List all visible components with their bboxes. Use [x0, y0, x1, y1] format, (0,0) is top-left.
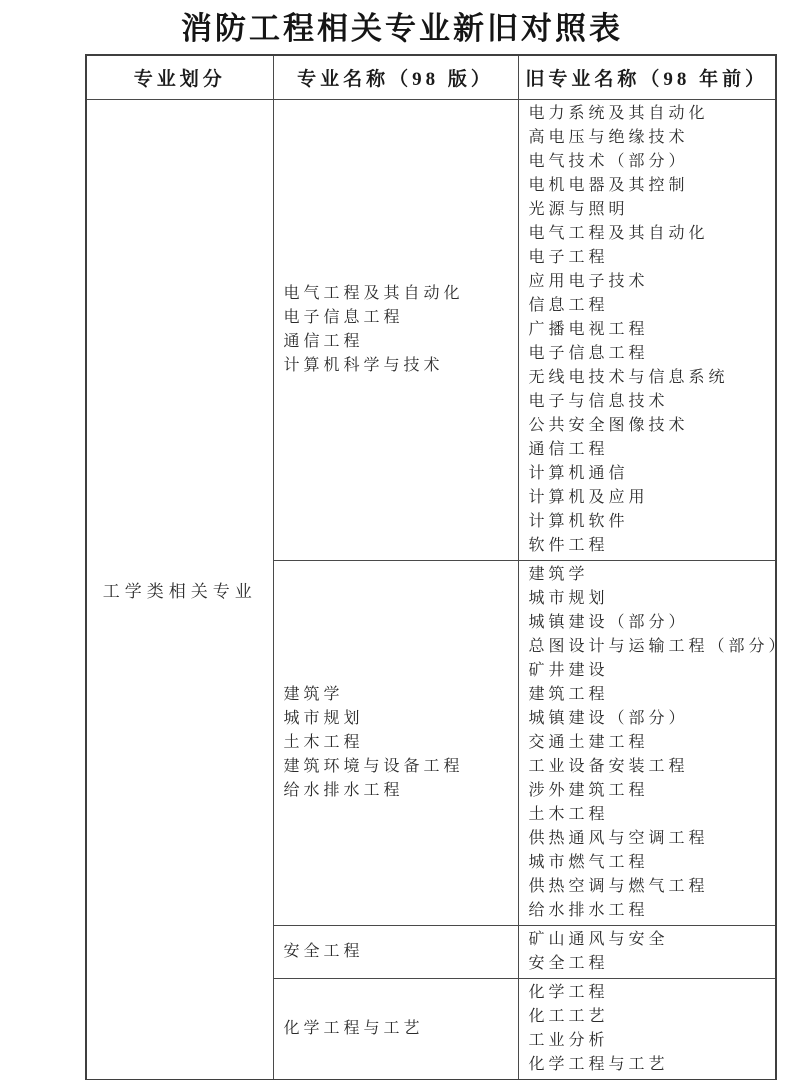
old-major-name: 电子工程 — [519, 246, 776, 270]
old-major-name: 工业分析 — [519, 1029, 776, 1053]
old-major-name: 软件工程 — [519, 534, 776, 558]
old-major-name: 广播电视工程 — [519, 318, 776, 342]
old-major-name: 供热通风与空调工程 — [519, 827, 776, 851]
new-major-name: 电子信息工程 — [274, 306, 518, 330]
new-major-name: 电气工程及其自动化 — [274, 282, 518, 306]
new-majors-cell-electrical-info: 电气工程及其自动化电子信息工程通信工程计算机科学与技术 — [273, 99, 518, 560]
page-title: 消防工程相关专业新旧对照表 — [0, 8, 804, 54]
comparison-table: 专业划分 专业名称（98 版） 旧专业名称（98 年前） 工学类相关专业 电气工… — [85, 54, 777, 1080]
new-majors-cell-safety: 安全工程 — [273, 925, 518, 978]
old-majors-cell-chemical: 化学工程化工工艺工业分析化学工程与工艺 — [518, 978, 776, 1080]
old-major-name: 化学工程 — [519, 981, 776, 1005]
old-major-name: 矿井建设 — [519, 659, 776, 683]
new-major-name: 建筑环境与设备工程 — [274, 755, 518, 779]
new-majors-cell-civil-architecture: 建筑学城市规划土木工程建筑环境与设备工程给水排水工程 — [273, 560, 518, 925]
new-major-name: 化学工程与工艺 — [274, 1017, 518, 1041]
old-major-name: 电力系统及其自动化 — [519, 102, 776, 126]
new-major-name: 计算机科学与技术 — [274, 354, 518, 378]
header-old-major: 旧专业名称（98 年前） — [518, 55, 776, 99]
old-major-name: 电子与信息技术 — [519, 390, 776, 414]
old-major-name: 建筑工程 — [519, 683, 776, 707]
old-major-name: 无线电技术与信息系统 — [519, 366, 776, 390]
old-major-name: 涉外建筑工程 — [519, 779, 776, 803]
table-row-electrical-info: 工学类相关专业 电气工程及其自动化电子信息工程通信工程计算机科学与技术 电力系统… — [86, 99, 776, 560]
category-cell: 工学类相关专业 — [86, 99, 273, 1080]
old-majors-cell-electrical-info: 电力系统及其自动化高电压与绝缘技术电气技术（部分）电机电器及其控制光源与照明电气… — [518, 99, 776, 560]
old-major-name: 总图设计与运输工程（部分） — [519, 635, 776, 659]
old-major-name: 通信工程 — [519, 438, 776, 462]
old-majors-cell-safety: 矿山通风与安全安全工程 — [518, 925, 776, 978]
new-major-name: 城市规划 — [274, 707, 518, 731]
header-new-major: 专业名称（98 版） — [273, 55, 518, 99]
old-major-name: 给水排水工程 — [519, 899, 776, 923]
old-major-name: 信息工程 — [519, 294, 776, 318]
header-category: 专业划分 — [86, 55, 273, 99]
old-major-name: 应用电子技术 — [519, 270, 776, 294]
old-major-name: 城市规划 — [519, 587, 776, 611]
old-major-name: 电气技术（部分） — [519, 150, 776, 174]
old-major-name: 计算机软件 — [519, 510, 776, 534]
new-majors-cell-chemical: 化学工程与工艺 — [273, 978, 518, 1080]
old-major-name: 光源与照明 — [519, 198, 776, 222]
old-major-name: 城镇建设（部分） — [519, 707, 776, 731]
old-major-name: 计算机通信 — [519, 462, 776, 486]
old-major-name: 建筑学 — [519, 563, 776, 587]
old-major-name: 安全工程 — [519, 952, 776, 976]
document-page: 消防工程相关专业新旧对照表 专业划分 专业名称（98 版） 旧专业名称（98 年… — [0, 0, 804, 1080]
old-major-name: 公共安全图像技术 — [519, 414, 776, 438]
old-majors-cell-civil-architecture: 建筑学城市规划城镇建设（部分）总图设计与运输工程（部分）矿井建设建筑工程城镇建设… — [518, 560, 776, 925]
old-major-name: 供热空调与燃气工程 — [519, 875, 776, 899]
new-major-name: 给水排水工程 — [274, 779, 518, 803]
old-major-name: 电子信息工程 — [519, 342, 776, 366]
header-row: 专业划分 专业名称（98 版） 旧专业名称（98 年前） — [86, 55, 776, 99]
old-major-name: 化学工程与工艺 — [519, 1053, 776, 1077]
old-major-name: 城镇建设（部分） — [519, 611, 776, 635]
old-major-name: 计算机及应用 — [519, 486, 776, 510]
new-major-name: 土木工程 — [274, 731, 518, 755]
old-major-name: 矿山通风与安全 — [519, 928, 776, 952]
old-major-name: 电机电器及其控制 — [519, 174, 776, 198]
new-major-name: 通信工程 — [274, 330, 518, 354]
old-major-name: 工业设备安装工程 — [519, 755, 776, 779]
old-major-name: 电气工程及其自动化 — [519, 222, 776, 246]
old-major-name: 土木工程 — [519, 803, 776, 827]
old-major-name: 交通土建工程 — [519, 731, 776, 755]
old-major-name: 城市燃气工程 — [519, 851, 776, 875]
old-major-name: 高电压与绝缘技术 — [519, 126, 776, 150]
new-major-name: 安全工程 — [274, 940, 518, 964]
new-major-name: 建筑学 — [274, 683, 518, 707]
old-major-name: 化工工艺 — [519, 1005, 776, 1029]
